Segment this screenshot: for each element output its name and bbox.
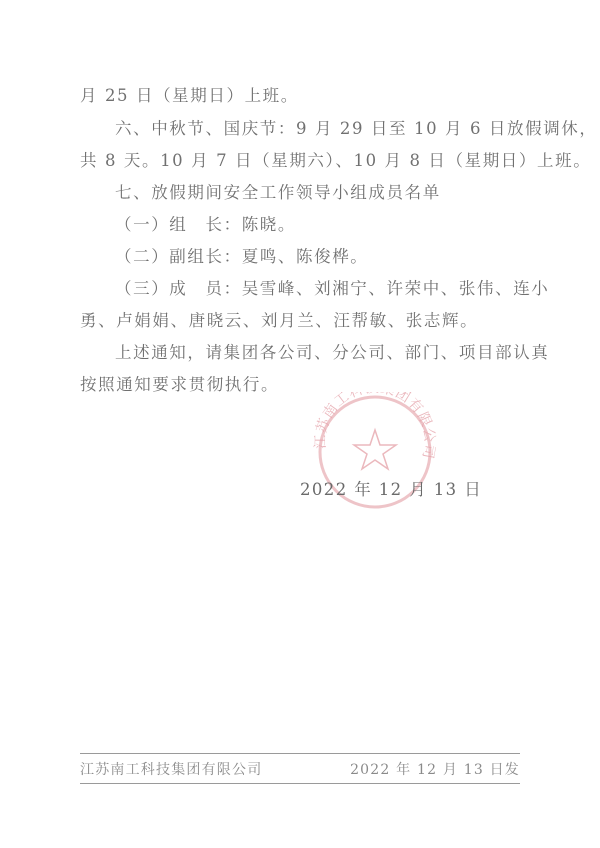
group-leader-line: （一）组 长：陈晓。 bbox=[115, 215, 296, 235]
closing-line-2: 按照通知要求贯彻执行。 bbox=[80, 375, 279, 395]
body-line-holiday-midautumn: 六、中秋节、国庆节：9 月 29 日至 10 月 6 日放假调休， bbox=[115, 119, 598, 139]
section-heading-safety-group: 七、放假期间安全工作领导小组成员名单 bbox=[115, 183, 441, 203]
members-line-1: （三）成 员：吴雪峰、刘湘宁、许荣中、张伟、连小 bbox=[115, 279, 549, 299]
svg-text:江苏南工科技集团有限公司: 江苏南工科技集团有限公司 bbox=[313, 392, 438, 461]
deputy-leader-line: （二）副组长：夏鸣、陈俊桦。 bbox=[115, 247, 368, 267]
footer-issue-date: 2022 年 12 月 13 日发 bbox=[350, 761, 520, 779]
closing-line-1: 上述通知，请集团各公司、分公司、部门、项目部认真 bbox=[115, 343, 549, 363]
body-line-1: 月 25 日（星期日）上班。 bbox=[80, 86, 299, 106]
document-page: 月 25 日（星期日）上班。 六、中秋节、国庆节：9 月 29 日至 10 月 … bbox=[0, 0, 600, 848]
stamp-text: 江苏南工科技集团有限公司 bbox=[313, 392, 438, 461]
members-line-2: 勇、卢娟娟、唐晓云、刘月兰、汪帮敏、张志辉。 bbox=[80, 311, 478, 331]
body-line-holiday-workdays: 共 8 天。10 月 7 日（星期六）、10 月 8 日（星期日）上班。 bbox=[80, 151, 591, 171]
signature-date: 2022 年 12 月 13 日 bbox=[300, 480, 482, 500]
star-icon bbox=[354, 430, 396, 469]
footer-top-rule bbox=[80, 753, 520, 754]
footer-issuer: 江苏南工科技集团有限公司 bbox=[80, 761, 262, 779]
footer-bottom-rule bbox=[80, 783, 520, 784]
